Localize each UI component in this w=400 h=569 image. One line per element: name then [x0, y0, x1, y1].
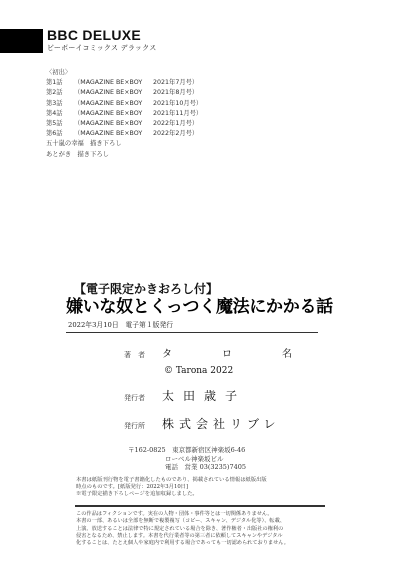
imprint-logo-title: BBC DELUXE: [47, 28, 141, 42]
chapter-label: 第3話: [46, 99, 74, 109]
chapter-label: 第6話: [46, 129, 74, 139]
list-item: 第1話（MAGAZINE BE×BOY2021年7月号）: [46, 78, 202, 88]
issue: 2022年1月号）: [153, 119, 198, 129]
first-publication-heading: 〈初出〉: [46, 68, 202, 78]
book-title-block: 【電子限定かきおろし付】 嫌いな奴とくっつく魔法にかかる話 2022年3月10日…: [66, 282, 324, 333]
imprint-logo-subtitle: ビーボーイコミックス デラックス: [47, 44, 156, 52]
list-item: 第3話（MAGAZINE BE×BOY2021年10月号）: [46, 99, 202, 109]
publisher-person-row: 発行者 太田歳子: [124, 387, 292, 404]
list-item-extra: あとがき 描き下ろし: [46, 150, 202, 160]
author-label: 著 者: [124, 350, 162, 360]
book-title: 嫌いな奴とくっつく魔法にかかる話: [66, 297, 324, 317]
first-publication-list: 〈初出〉 第1話（MAGAZINE BE×BOY2021年7月号） 第2話（MA…: [46, 68, 202, 160]
author-row: 著 者 タ ロ 名: [124, 345, 292, 360]
chapter-label: 第5話: [46, 119, 74, 129]
chapter-label: 第4話: [46, 109, 74, 119]
phone: 電話 営業 03(3235)7405: [128, 463, 246, 472]
postal-address: 〒162-0825 東京都新宿区神楽坂6-46: [128, 446, 246, 455]
ebook-notice: 本書は紙版刊行物を電子書籍化したものであり、掲載されている情報は紙版出版 時点の…: [76, 477, 326, 497]
copyright: © Tarona 2022: [164, 366, 292, 376]
author-name: タ ロ 名: [162, 345, 292, 360]
list-item-extra: 五十嵐の幸福 描き下ろし: [46, 139, 202, 149]
credits: 著 者 タ ロ 名 © Tarona 2022 発行者 太田歳子 発行所 株式会…: [124, 345, 292, 432]
list-item: 第4話（MAGAZINE BE×BOY2021年11月号）: [46, 109, 202, 119]
publisher-name: 株式会社リブレ: [162, 415, 281, 432]
publisher-label: 発行所: [124, 421, 162, 431]
divider: [66, 332, 318, 333]
issue: 2021年7月号）: [153, 78, 198, 88]
logo-bar: [0, 29, 43, 53]
chapter-label: 第2話: [46, 88, 74, 98]
list-item: 第5話（MAGAZINE BE×BOY2022年1月号）: [46, 119, 202, 129]
publisher-address: 〒162-0825 東京都新宿区神楽坂6-46 ローベル神楽坂ビル 電話 営業 …: [128, 446, 246, 472]
chapter-label: 第1話: [46, 78, 74, 88]
list-item: 第2話（MAGAZINE BE×BOY2021年8月号）: [46, 88, 202, 98]
issue: 2021年10月号）: [153, 99, 202, 109]
magazine-name: （MAGAZINE BE×BOY: [74, 88, 153, 98]
magazine-name: （MAGAZINE BE×BOY: [74, 119, 153, 129]
list-item: 第6話（MAGAZINE BE×BOY2022年2月号）: [46, 129, 202, 139]
legal-notice: この作品はフィクションです。実在の人物・団体・事件等とは一切関係ありません。 本…: [76, 511, 328, 547]
magazine-name: （MAGAZINE BE×BOY: [74, 129, 153, 139]
magazine-name: （MAGAZINE BE×BOY: [74, 99, 153, 109]
book-subtitle: 【電子限定かきおろし付】: [74, 282, 324, 296]
magazine-name: （MAGAZINE BE×BOY: [74, 109, 153, 119]
publisher-row: 発行所 株式会社リブレ: [124, 415, 292, 432]
issue: 2021年11月号）: [153, 109, 202, 119]
building-name: ローベル神楽坂ビル: [128, 455, 246, 464]
divider: [75, 505, 325, 507]
publisher-person-name: 太田歳子: [162, 387, 246, 404]
publisher-person-label: 発行者: [124, 393, 162, 403]
magazine-name: （MAGAZINE BE×BOY: [74, 78, 153, 88]
issue: 2021年8月号）: [153, 88, 198, 98]
publication-date: 2022年3月10日 電子第１版発行: [68, 319, 324, 329]
issue: 2022年2月号）: [153, 129, 198, 139]
